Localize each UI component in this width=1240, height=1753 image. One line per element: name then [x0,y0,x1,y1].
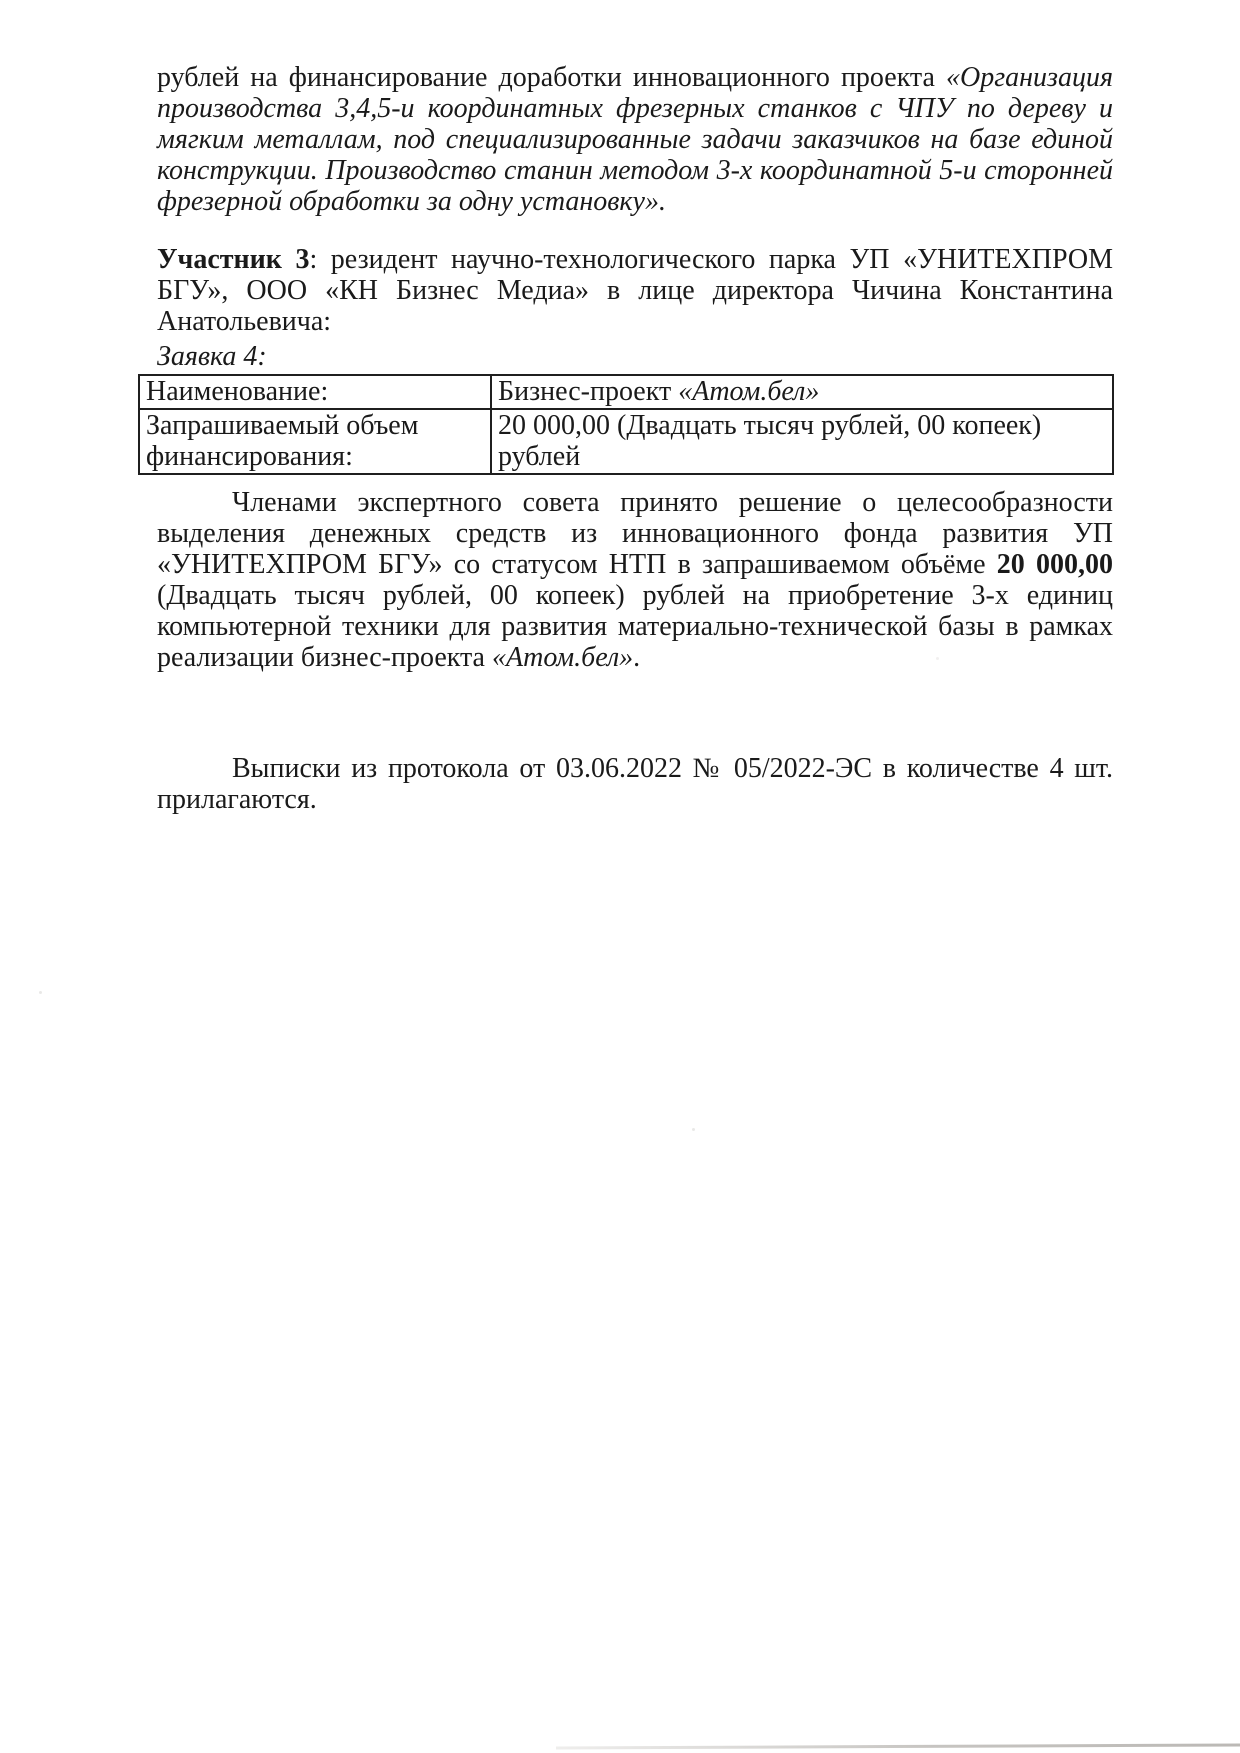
decision-text-1: Членами экспертного совета принято решен… [157,487,1113,580]
scan-speck [39,991,42,994]
intro-text: рублей на финансирование доработки иннов… [157,62,946,93]
table-row-name: Наименование: Бизнес-проект «Атом.бел» [139,375,1113,409]
table-row-amount: Запрашиваемый объем финансирования: 20 0… [139,409,1113,474]
application-table: Наименование: Бизнес-проект «Атом.бел» З… [138,374,1114,475]
application-heading: Заявка 4: [157,341,1113,372]
attachments-line-2: прилагаются. [157,784,1113,815]
document-page: рублей на финансирование доработки иннов… [0,0,1240,1753]
amount-label-text: Запрашиваемый объем финансирования: [146,410,418,472]
participant-label: Участник 3 [157,244,309,275]
amount-value-text: 20 000,00 (Двадцать тысяч рублей, 00 коп… [498,410,1041,472]
decision-paragraph: Членами экспертного совета принято решен… [157,487,1113,673]
name-label-text: Наименование: [146,376,328,407]
participant-separator: : [309,244,330,275]
attachments-paragraph: Выписки из протокола от 03.06.2022 № 05/… [157,753,1113,815]
attachments-line-1: Выписки из протокола от 03.06.2022 № 05/… [157,753,1113,784]
decision-text-3: . [633,642,640,673]
decision-project-name: «Атом.бел» [492,642,633,673]
name-value-project-italic: «Атом.бел» [678,376,819,407]
table-cell-name-value: Бизнес-проект «Атом.бел» [491,375,1113,409]
table-cell-amount-label: Запрашиваемый объем финансирования: [139,409,491,474]
participant-paragraph: Участник 3: резидент научно-технологичес… [157,244,1113,337]
scan-speck [692,1128,695,1131]
decision-amount: 20 000,00 [997,549,1113,580]
name-value-text: Бизнес-проект [498,376,678,407]
intro-paragraph: рублей на финансирование доработки иннов… [157,62,1113,217]
scan-speck [936,657,939,660]
table-cell-name-label: Наименование: [139,375,491,409]
table-cell-amount-value: 20 000,00 (Двадцать тысяч рублей, 00 коп… [491,409,1113,474]
